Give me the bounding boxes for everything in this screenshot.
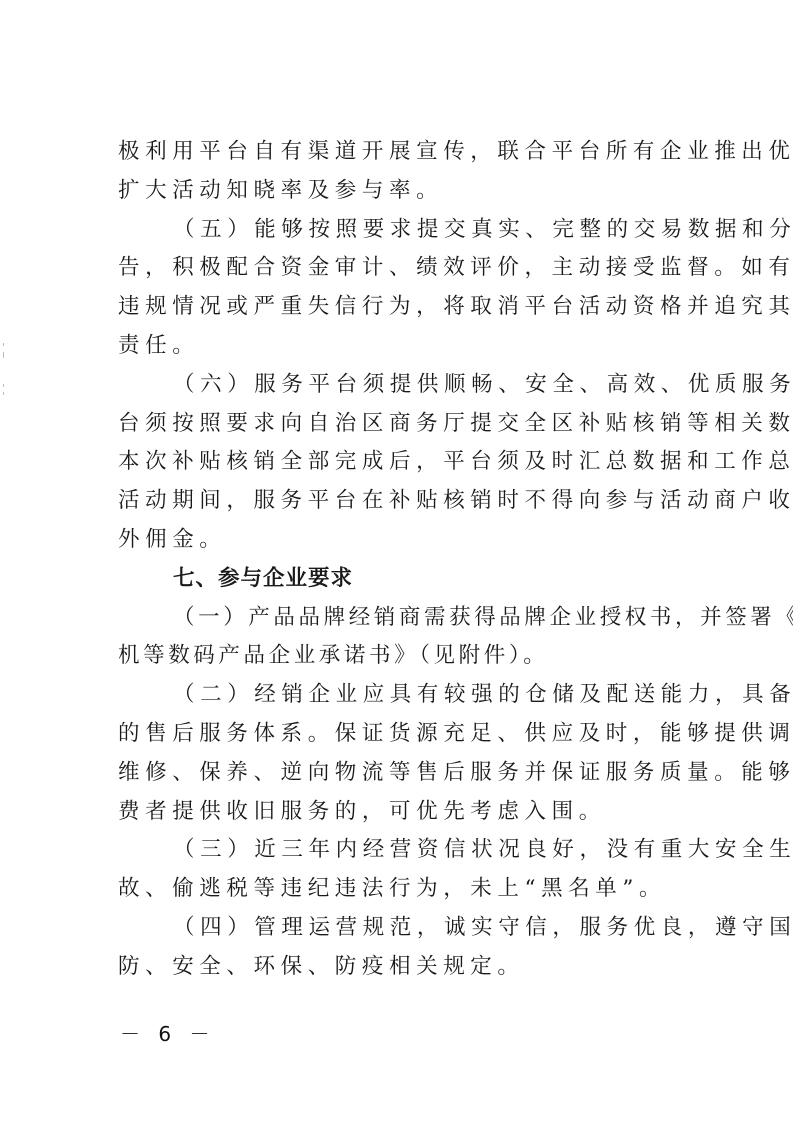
text-line: 责任。 xyxy=(118,327,708,366)
paragraph-s7-item-1: （一）产品品牌经销商需获得品牌企业授权书，并签署《手 机等数码产品企业承诺书》（… xyxy=(118,599,708,677)
text-line: 告，积极配合资金审计、绩效评价，主动接受监督。如有违法 xyxy=(118,249,708,288)
paragraph-item-5: （五）能够按照要求提交真实、完整的交易数据和分析报 告，积极配合资金审计、绩效评… xyxy=(118,211,708,366)
text-line: 活动期间，服务平台在补贴核销时不得向参与活动商户收取额 xyxy=(118,482,708,521)
text-line: 费者提供收旧服务的，可优先考虑入围。 xyxy=(118,793,708,832)
paragraph-s7-item-4: （四）管理运营规范，诚实守信，服务优良，遵守国家消 防、安全、环保、防疫相关规定… xyxy=(118,909,708,987)
text-line: （四）管理运营规范，诚实守信，服务优良，遵守国家消 xyxy=(118,909,708,948)
text-line: （六）服务平台须提供顺畅、安全、高效、优质服务，平 xyxy=(118,366,708,405)
text-line: 违规情况或严重失信行为，将取消平台活动资格并追究其相关 xyxy=(118,288,708,327)
text-line: 扩大活动知晓率及参与率。 xyxy=(118,172,708,211)
text-line: 本次补贴核销全部完成后，平台须及时汇总数据和工作总结。 xyxy=(118,443,708,482)
paragraph-continued: 极利用平台自有渠道开展宣传，联合平台所有企业推出优惠， 扩大活动知晓率及参与率。 xyxy=(118,133,708,211)
scan-margin-mark xyxy=(3,384,4,387)
page-number: － 6 － xyxy=(120,1018,215,1047)
text-line: 故、偷逃税等违纪违法行为，未上“黑名单”。 xyxy=(118,870,708,909)
text-line: （三）近三年内经营资信状况良好，没有重大安全生产事 xyxy=(118,831,708,870)
paragraph-s7-item-2: （二）经销企业应具有较强的仓储及配送能力，具备完善 的售后服务体系。保证货源充足… xyxy=(118,676,708,831)
scan-margin-mark xyxy=(3,392,4,395)
text-line: （二）经销企业应具有较强的仓储及配送能力，具备完善 xyxy=(118,676,708,715)
text-line: （一）产品品牌经销商需获得品牌企业授权书，并签署《手 xyxy=(118,599,708,638)
text-line: 台须按照要求向自治区商务厅提交全区补贴核销等相关数据。 xyxy=(118,405,708,444)
paragraph-item-6: （六）服务平台须提供顺畅、安全、高效、优质服务，平 台须按照要求向自治区商务厅提… xyxy=(118,366,708,560)
text-line: 外佣金。 xyxy=(118,521,708,560)
document-page: 极利用平台自有渠道开展宣传，联合平台所有企业推出优惠， 扩大活动知晓率及参与率。… xyxy=(118,133,708,987)
text-line: 极利用平台自有渠道开展宣传，联合平台所有企业推出优惠， xyxy=(118,133,708,172)
section-heading: 七、参与企业要求 xyxy=(118,560,708,599)
scan-margin-mark xyxy=(3,352,4,358)
paragraph-s7-item-3: （三）近三年内经营资信状况良好，没有重大安全生产事 故、偷逃税等违纪违法行为，未… xyxy=(118,831,708,909)
text-line: 维修、保养、逆向物流等售后服务并保证服务质量。能够为消 xyxy=(118,754,708,793)
scan-margin-mark xyxy=(3,343,4,346)
text-line: 防、安全、环保、防疫相关规定。 xyxy=(118,948,708,987)
text-line: 的售后服务体系。保证货源充足、供应及时，能够提供调试、 xyxy=(118,715,708,754)
text-line: （五）能够按照要求提交真实、完整的交易数据和分析报 xyxy=(118,211,708,250)
text-line: 机等数码产品企业承诺书》（见附件）。 xyxy=(118,637,708,676)
